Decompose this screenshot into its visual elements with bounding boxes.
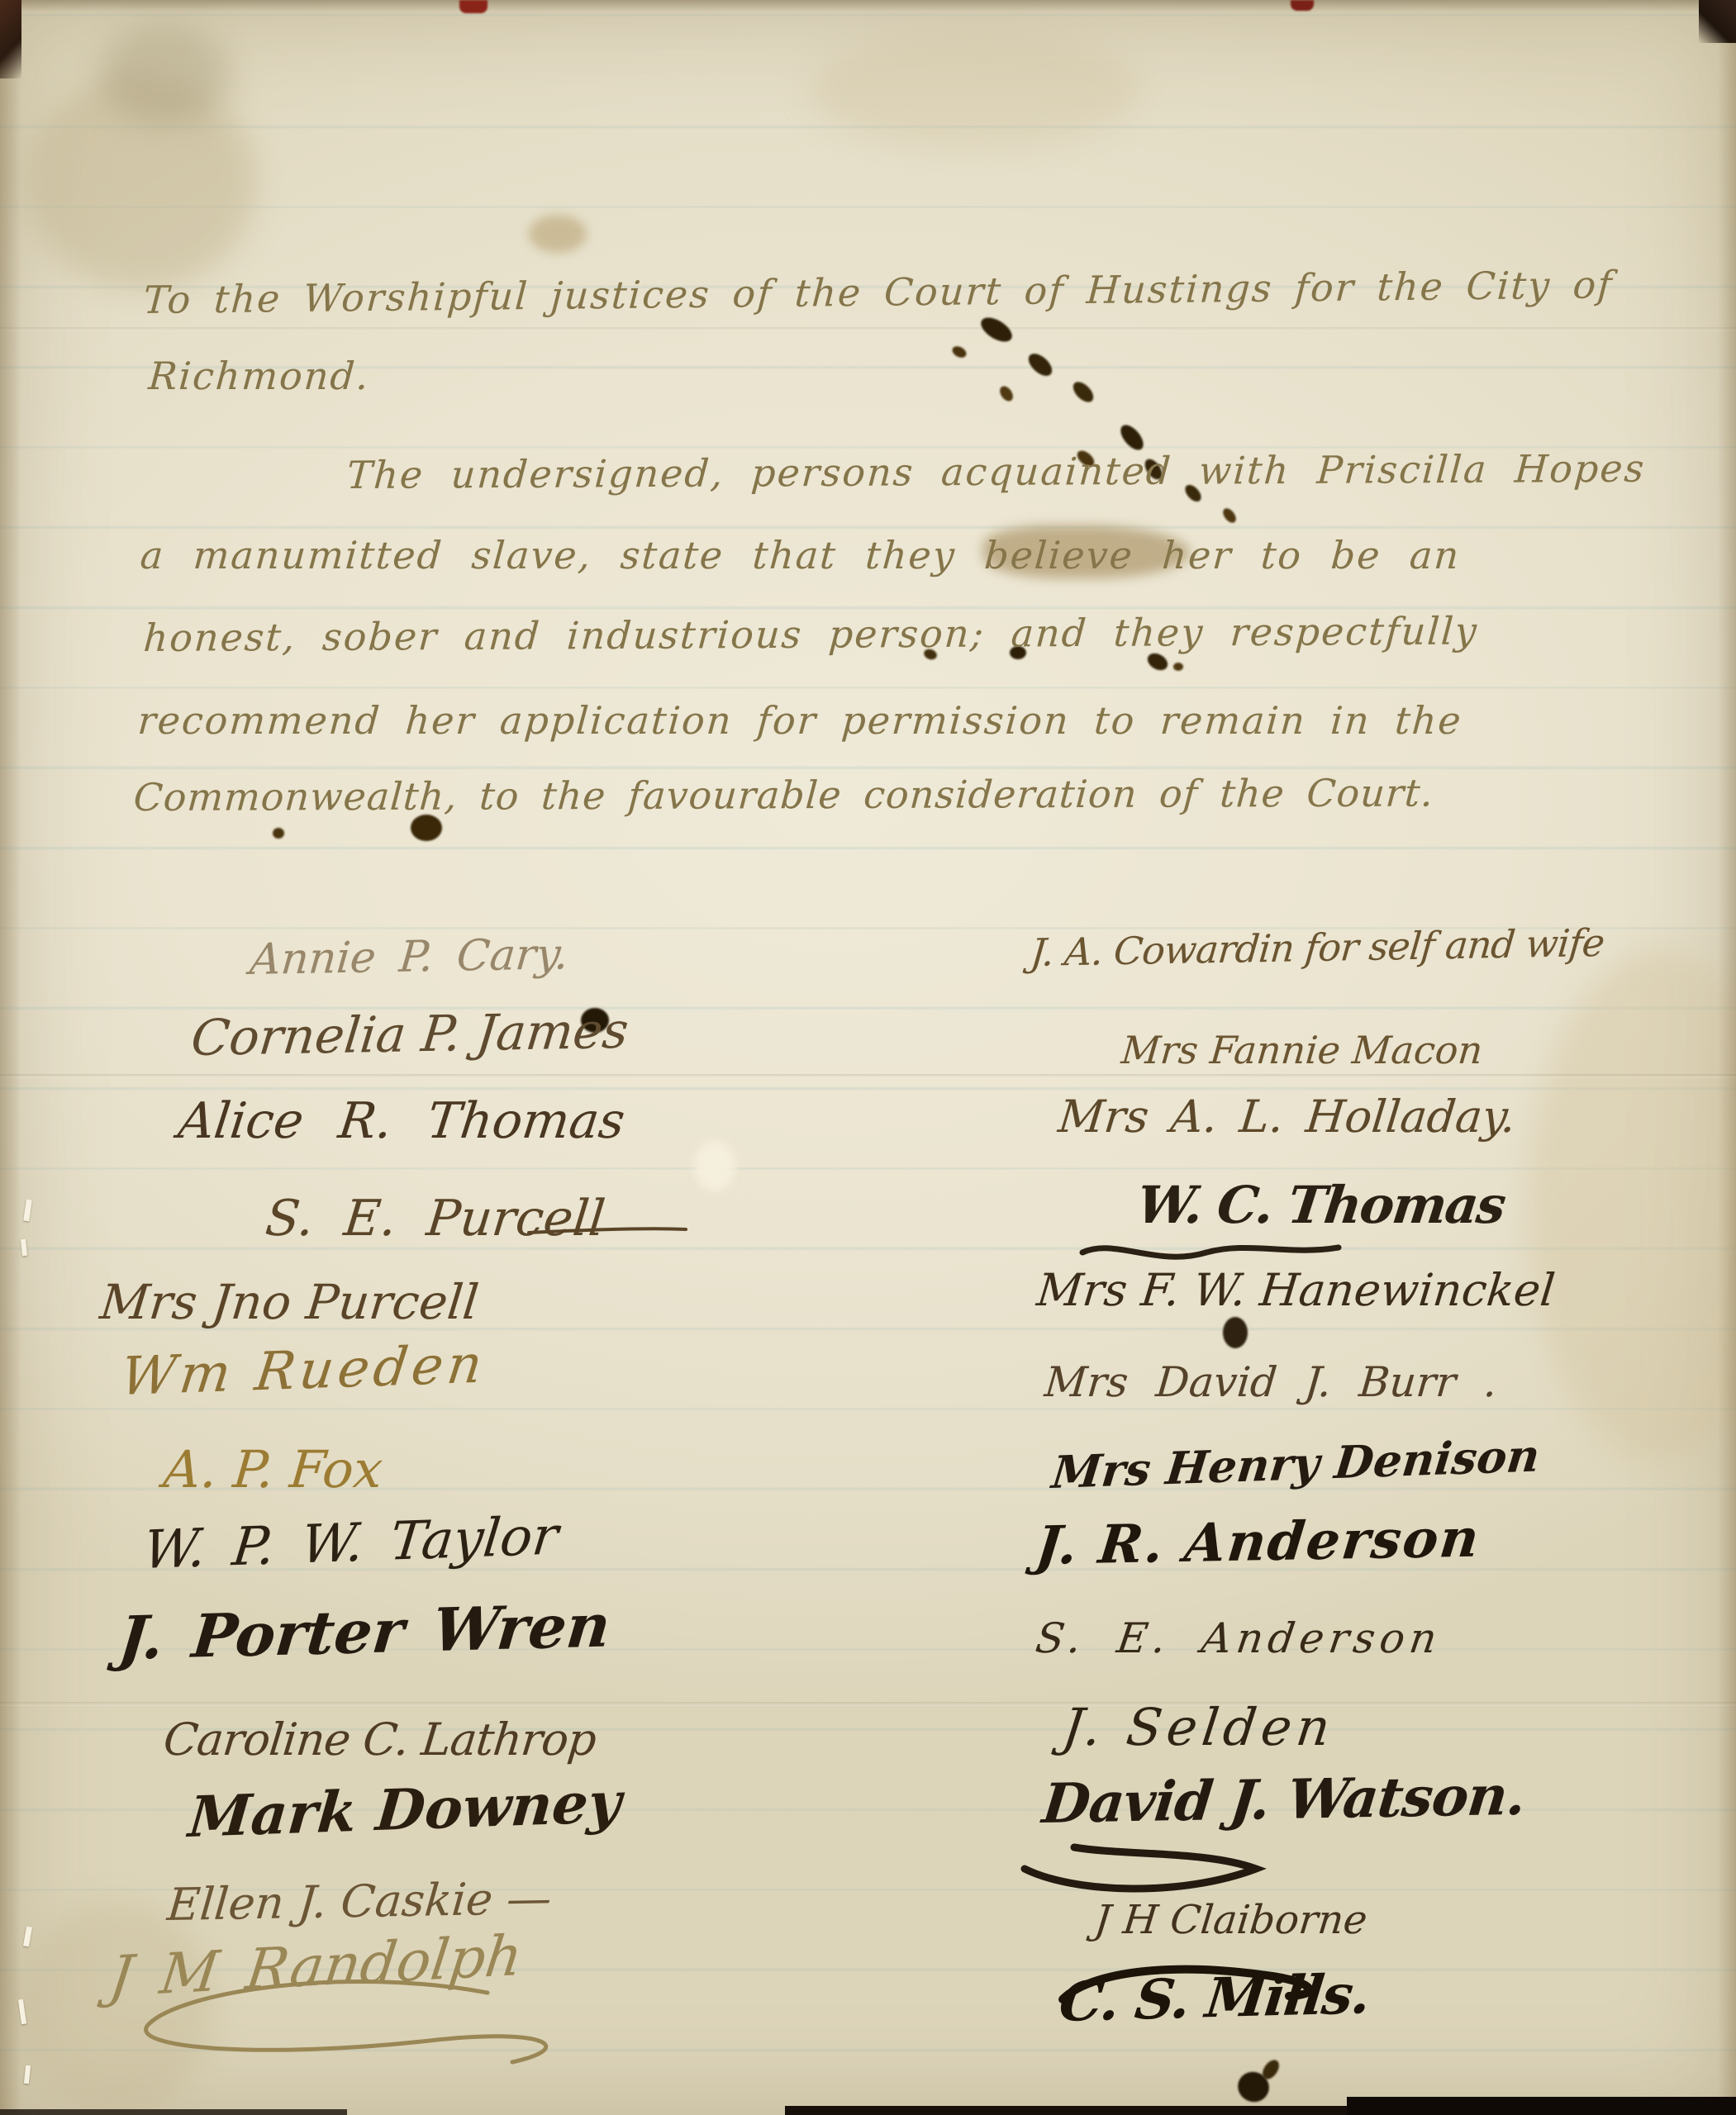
bottom-edge-shadow-strip xyxy=(1347,2097,1736,2115)
paper-stain xyxy=(25,74,256,289)
ink-blot xyxy=(1173,663,1183,671)
petition-address-line-2: Richmond. xyxy=(147,354,372,398)
ink-blot xyxy=(1069,378,1096,406)
signature-mrs-f-w-hanewinckel: Mrs F. W. Hanewinckel xyxy=(1034,1264,1558,1316)
signature-j-porter-wren: J. Porter Wren xyxy=(116,1590,613,1673)
signature-s-e-purcell: S. E. Purcell xyxy=(263,1190,608,1248)
corner-mark-top-left xyxy=(0,0,21,78)
page-edge-top xyxy=(0,0,1736,12)
page-edge-right xyxy=(1718,0,1736,2115)
paper-stain xyxy=(1529,950,1736,1462)
paper-stain xyxy=(810,33,1140,149)
signature-mark-downey: Mark Downey xyxy=(186,1770,624,1851)
binding-stitch xyxy=(24,2065,31,2084)
ink-blot xyxy=(1259,2057,1282,2082)
signature-c-s-mills: C. S. Mills. xyxy=(1056,1961,1372,2034)
ink-blot xyxy=(273,828,284,839)
ink-blot xyxy=(1025,349,1056,380)
signature-mrs-jno-purcell: Mrs Jno Purcell xyxy=(98,1274,481,1330)
binding-stitch xyxy=(23,1927,32,1947)
signature-j-a-cowardin: J. A. Cowardin for self and wife xyxy=(1029,920,1606,975)
paper-stain xyxy=(529,215,587,253)
ink-blot xyxy=(977,313,1015,347)
signature-david-j-watson: David J. Watson. xyxy=(1039,1763,1529,1836)
petition-document: To the Worshipful justices of the Court … xyxy=(0,0,1736,2115)
signature-w-c-thomas: W. C. Thomas xyxy=(1134,1175,1508,1235)
page-edge-left xyxy=(0,0,21,2115)
top-edge-red-mark xyxy=(459,0,488,13)
signature-caroline-c-lathrop: Caroline C. Lathrop xyxy=(161,1713,598,1766)
signature-j-r-anderson: J. R. Anderson xyxy=(1033,1508,1483,1577)
top-edge-red-mark xyxy=(1291,0,1314,11)
petition-address-line-1: To the Worshipful justices of the Court … xyxy=(142,262,1615,322)
signature-w-p-w-taylor: W. P. W. Taylor xyxy=(140,1506,561,1581)
bottom-edge-shadow-strip xyxy=(0,2109,347,2115)
signature-j-h-claiborne: J H Claiborne xyxy=(1092,1897,1369,1943)
signature-annie-p-cary: Annie P. Cary. xyxy=(248,929,571,985)
ink-blot xyxy=(1220,506,1239,525)
ink-blot xyxy=(1223,1317,1248,1348)
corner-mark-top-right xyxy=(1699,0,1736,43)
signature-j-selden: J. Selden xyxy=(1059,1697,1339,1757)
ink-blot xyxy=(997,384,1015,404)
signature-j-m-randolph: J M Randolph xyxy=(106,1923,526,2010)
petition-body-line-4: recommend her application for permission… xyxy=(136,698,1464,743)
signature-a-p-fox: A. P. Fox xyxy=(161,1439,385,1500)
ink-blot xyxy=(950,344,968,359)
petition-body-line-1: The undersigned, persons acquainted with… xyxy=(345,446,1647,497)
signature-mrs-fannie-macon: Mrs Fannie Macon xyxy=(1120,1028,1485,1072)
fold-crease xyxy=(0,1702,1736,1706)
signature-mrs-henry-denison: Mrs Henry Denison xyxy=(1049,1429,1543,1499)
bottom-edge-shadow-strip xyxy=(785,2106,1736,2115)
petition-body-line-3: honest, sober and industrious person; an… xyxy=(142,609,1480,660)
petition-body-line-2: a manumitted slave, state that they beli… xyxy=(139,533,1462,577)
signature-cornelia-p-james: Cornelia P. James xyxy=(188,1002,631,1067)
signature-mrs-a-l-holladay: Mrs A. L. Holladay. xyxy=(1056,1091,1519,1143)
binding-stitch xyxy=(21,1239,27,1257)
signature-ellen-j-caskie: Ellen J. Caskie — xyxy=(165,1872,554,1931)
ink-blot xyxy=(1233,2067,1274,2108)
paper-stain xyxy=(99,25,231,124)
signature-wm-rueden: Wm Rueden xyxy=(117,1334,489,1408)
binding-stitch xyxy=(18,1999,26,2025)
petition-body-line-5: Commonwealth, to the favourable consider… xyxy=(132,771,1435,820)
fold-crease xyxy=(0,1074,1736,1078)
paper-stain xyxy=(694,1140,735,1191)
binding-stitch xyxy=(23,1200,32,1222)
signature-alice-r-thomas: Alice R. Thomas xyxy=(175,1092,628,1150)
signature-s-e-anderson: S. E. Anderson xyxy=(1033,1614,1444,1662)
fold-crease xyxy=(0,327,1736,331)
signature-mrs-david-j-burr: Mrs David J. Burr . xyxy=(1043,1358,1499,1406)
